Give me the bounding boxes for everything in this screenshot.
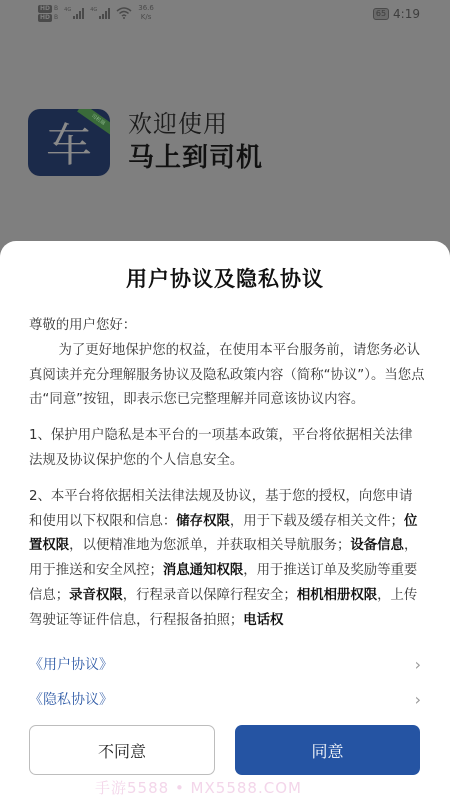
intro-paragraph: 为了更好地保护您的权益，在使用本平台服务前，请您务必认真阅读并充分理解服务协议及… xyxy=(29,339,425,413)
welcome-text: 欢迎使用 xyxy=(128,108,263,140)
agreement-content[interactable]: 尊敬的用户您好： 为了更好地保护您的权益，在使用本平台服务前，请您务必认真阅读并… xyxy=(29,314,425,634)
signal-icon: 4G xyxy=(90,7,110,19)
network-speed: 36.6 K/s xyxy=(138,4,154,22)
greeting: 尊敬的用户您好： xyxy=(29,314,425,339)
privacy-agreement-link[interactable]: 《隐私协议》 › xyxy=(29,684,421,714)
chevron-right-icon: › xyxy=(415,655,421,674)
clause-2: 2、本平台将依据相关法律法规及协议，基于您的授权，向您申请和使用以下权限和信息：… xyxy=(29,485,425,634)
watermark: 手游5588 • MX5588.COM xyxy=(95,777,302,798)
app-logo-icon: 车 司机端 xyxy=(28,109,110,176)
hd-icon: HD xyxy=(38,5,52,13)
clock: 4:19 xyxy=(393,7,420,21)
app-name: 马上到司机 xyxy=(128,140,263,176)
status-bar: HDB HDB 4G 4G 36.6 K/s 65 4:19 xyxy=(0,0,450,30)
dialog-title: 用户协议及隐私协议 xyxy=(0,263,450,293)
hd-icon: HD xyxy=(38,14,52,22)
agree-button[interactable]: 同意 xyxy=(235,725,420,775)
sim-indicators: HDB HDB xyxy=(38,5,58,22)
user-agreement-link[interactable]: 《用户协议》 › xyxy=(29,649,421,679)
battery-icon: 65 xyxy=(373,8,389,20)
wifi-icon xyxy=(116,7,132,19)
disagree-button[interactable]: 不同意 xyxy=(29,725,215,775)
agreement-dialog: 用户协议及隐私协议 尊敬的用户您好： 为了更好地保护您的权益，在使用本平台服务前… xyxy=(0,241,450,800)
chevron-right-icon: › xyxy=(415,690,421,709)
app-header: 车 司机端 欢迎使用 马上到司机 xyxy=(28,108,263,176)
signal-icon: 4G xyxy=(64,7,84,19)
clause-1: 1、保护用户隐私是本平台的一项基本政策，平台将依据相关法律法规及协议保护您的个人… xyxy=(29,424,425,474)
privacy-agreement-label: 《隐私协议》 xyxy=(29,689,113,709)
user-agreement-label: 《用户协议》 xyxy=(29,654,113,674)
